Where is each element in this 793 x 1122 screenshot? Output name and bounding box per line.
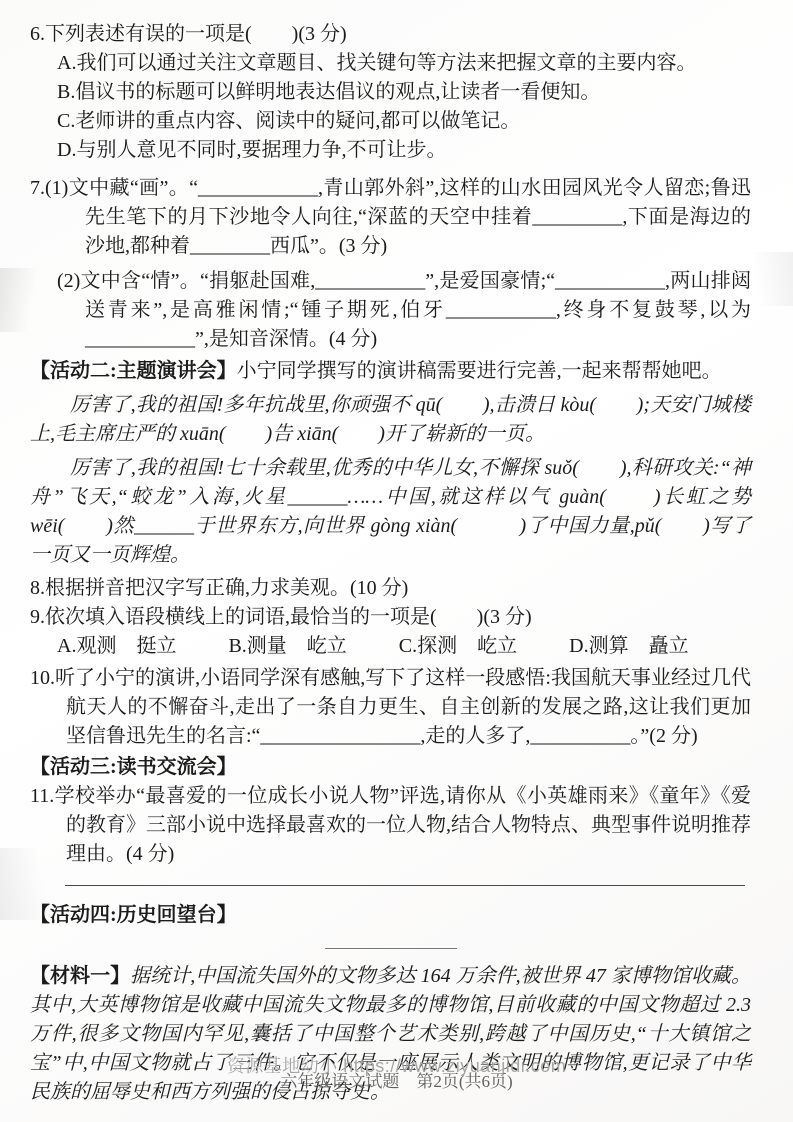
activity-3-header: 【活动三:读书交流会】 xyxy=(30,753,751,782)
answer-blank-line xyxy=(65,884,745,886)
question-6-options: A.我们可以通过关注文章题目、找关键句等方法来把握文章的主要内容。 B.倡议书的… xyxy=(30,49,751,165)
activity-4-header: 【活动四:历史回望台】 xyxy=(30,901,751,930)
material-divider-line xyxy=(325,947,457,949)
page-footer: 六年级语文试题 第2页(共6页) xyxy=(0,1067,793,1096)
question-7-part2: (2)文中含“情”。“捐躯赴国难,___________”,是爱国豪情;“___… xyxy=(57,267,751,354)
exam-page: 6.下列表述有误的一项是( )(3 分) A.我们可以通过关注文章题目、找关键句… xyxy=(0,0,793,1122)
question-6-option-a: A.我们可以通过关注文章题目、找关键句等方法来把握文章的主要内容。 xyxy=(57,49,751,78)
question-8-stem: 8.根据拼音把汉字写正确,力求美观。(10 分) xyxy=(30,574,751,603)
question-10-stem: 10.听了小宁的演讲,小语同学深有感触,写下了这样一段感悟:我国航天事业经过几代… xyxy=(30,664,751,751)
question-9-options: A.观测 挺立 B.测量 屹立 C.探测 屹立 D.测算 矗立 xyxy=(57,632,751,661)
speech-paragraph-2: 厉害了,我的祖国!七十余载里,优秀的中华儿女,不懈探 suǒ( ),科研攻关:“… xyxy=(30,454,751,570)
activity-2-intro: 小宁同学撰写的演讲稿需要进行完善,一起来帮帮她吧。 xyxy=(237,360,722,382)
question-9-option-a: A.观测 挺立 xyxy=(57,632,176,661)
question-9-option-d: D.测算 矗立 xyxy=(569,632,688,661)
speech-paragraph-1: 厉害了,我的祖国!多年抗战里,你顽强不 qū( ),击溃日 kòu( );天安门… xyxy=(30,391,751,449)
question-6-option-c: C.老师讲的重点内容、阅读中的疑问,都可以做笔记。 xyxy=(57,107,751,136)
question-6-option-d: D.与别人意见不同时,要据理力争,不可让步。 xyxy=(57,136,751,165)
question-7-part1: 7.(1)文中藏“画”。“____________,青山郭外斜”,这样的山水田园… xyxy=(30,174,751,261)
activity-2-header-line: 【活动二:主题演讲会】小宁同学撰写的演讲稿需要进行完善,一起来帮帮她吧。 xyxy=(30,357,751,386)
question-6-stem: 6.下列表述有误的一项是( )(3 分) xyxy=(30,20,751,49)
material-1-label: 【材料一】 xyxy=(30,965,130,987)
question-9-option-c: C.探测 屹立 xyxy=(399,632,517,661)
question-11-stem: 11.学校举办“最喜爱的一位成长小说人物”评选,请你从《小英雄雨来》《童年》《爱… xyxy=(30,782,751,869)
activity-2-header: 【活动二:主题演讲会】 xyxy=(30,360,237,382)
question-6-option-b: B.倡议书的标题可以鲜明地表达倡议的观点,让读者一看便知。 xyxy=(57,78,751,107)
question-9-stem: 9.依次填入语段横线上的词语,最恰当的一项是( )(3 分) xyxy=(30,603,751,632)
question-9-option-b: B.测量 屹立 xyxy=(228,632,346,661)
